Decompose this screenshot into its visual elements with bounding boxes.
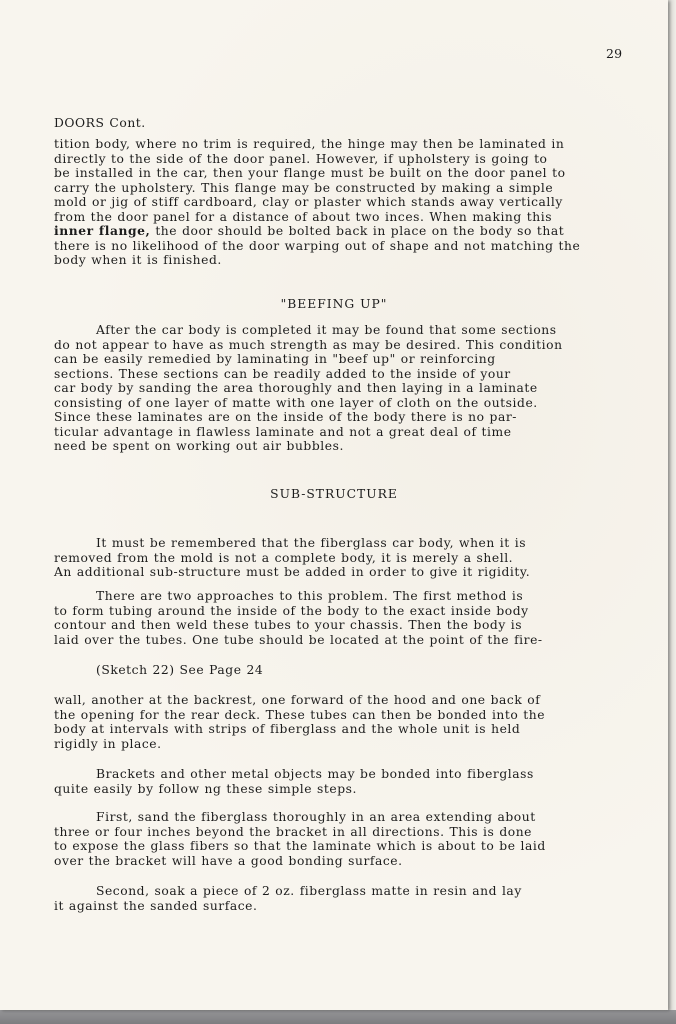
- text-line: do not appear to have as much strength a…: [54, 338, 614, 353]
- text-line: three or four inches beyond the bracket …: [54, 825, 614, 840]
- text-line: over the bracket will have a good bondin…: [54, 854, 614, 869]
- text-line: car body by sanding the area thoroughly …: [54, 381, 614, 396]
- text-line: Since these laminates are on the inside …: [54, 410, 614, 425]
- beefing-up-paragraph: After the car body is completed it may b…: [54, 323, 614, 454]
- text-line: it against the sanded surface.: [54, 899, 614, 914]
- text-line: from the door panel for a distance of ab…: [54, 210, 614, 225]
- text-line: Brackets and other metal objects may be …: [54, 767, 614, 782]
- scan-right-edge: [668, 0, 676, 1010]
- text-line: body when it is finished.: [54, 253, 614, 268]
- text-line: body at intervals with strips of fibergl…: [54, 722, 614, 737]
- sub-structure-paragraph-2: There are two approaches to this problem…: [54, 589, 614, 647]
- section-continued-label: DOORS Cont.: [54, 116, 614, 131]
- text-line: It must be remembered that the fiberglas…: [54, 536, 614, 551]
- text-fragment: the door should be bolted back in place …: [150, 224, 564, 238]
- text-line: to expose the glass fibers so that the l…: [54, 839, 614, 854]
- text-line: carry the upholstery. This flange may be…: [54, 181, 614, 196]
- text-line: laid over the tubes. One tube should be …: [54, 633, 614, 648]
- text-line: There are two approaches to this problem…: [54, 589, 614, 604]
- sub-structure-paragraph-4: Brackets and other metal objects may be …: [54, 767, 614, 796]
- page-number: 29: [606, 46, 622, 61]
- text-line: Second, soak a piece of 2 oz. fiberglass…: [54, 884, 614, 899]
- text-line: rigidly in place.: [54, 737, 614, 752]
- sketch-reference: (Sketch 22) See Page 24: [54, 663, 614, 678]
- sub-structure-paragraph-6: Second, soak a piece of 2 oz. fiberglass…: [54, 884, 614, 913]
- text-line: wall, another at the backrest, one forwa…: [54, 693, 614, 708]
- heading-sub-structure: SUB-STRUCTURE: [0, 487, 668, 501]
- doors-paragraph: tition body, where no trim is required, …: [54, 137, 614, 268]
- text-line: quite easily by follow ng these simple s…: [54, 782, 614, 797]
- text-line: removed from the mold is not a complete …: [54, 551, 614, 566]
- text-line: An additional sub-structure must be adde…: [54, 565, 614, 580]
- heading-beefing-up: "BEEFING UP": [0, 297, 668, 311]
- text-line: need be spent on working out air bubbles…: [54, 439, 614, 454]
- bold-phrase: inner flange,: [54, 223, 150, 238]
- section-label: DOORS Cont.: [54, 116, 614, 131]
- text-line: tition body, where no trim is required, …: [54, 137, 614, 152]
- sub-structure-paragraph-5: First, sand the fiberglass thoroughly in…: [54, 810, 614, 868]
- text-line: consisting of one layer of matte with on…: [54, 396, 614, 411]
- scan-bottom-edge: [0, 1008, 676, 1024]
- text-line: contour and then weld these tubes to you…: [54, 618, 614, 633]
- sub-structure-paragraph-3: wall, another at the backrest, one forwa…: [54, 693, 614, 751]
- sub-structure-paragraph-1: It must be remembered that the fiberglas…: [54, 536, 614, 580]
- text-line: there is no likelihood of the door warpi…: [54, 239, 614, 254]
- text-line: First, sand the fiberglass thoroughly in…: [54, 810, 614, 825]
- text-line: be installed in the car, then your flang…: [54, 166, 614, 181]
- text-line: can be easily remedied by laminating in …: [54, 352, 614, 367]
- text-line: ticular advantage in flawless laminate a…: [54, 425, 614, 440]
- sketch-ref-text: (Sketch 22) See Page 24: [54, 663, 614, 678]
- text-line: inner flange, the door should be bolted …: [54, 224, 614, 239]
- text-line: After the car body is completed it may b…: [54, 323, 614, 338]
- text-line: sections. These sections can be readily …: [54, 367, 614, 382]
- text-line: mold or jig of stiff cardboard, clay or …: [54, 195, 614, 210]
- text-line: to form tubing around the inside of the …: [54, 604, 614, 619]
- text-line: directly to the side of the door panel. …: [54, 152, 614, 167]
- text-line: the opening for the rear deck. These tub…: [54, 708, 614, 723]
- document-page: 29 DOORS Cont. tition body, where no tri…: [0, 0, 668, 1010]
